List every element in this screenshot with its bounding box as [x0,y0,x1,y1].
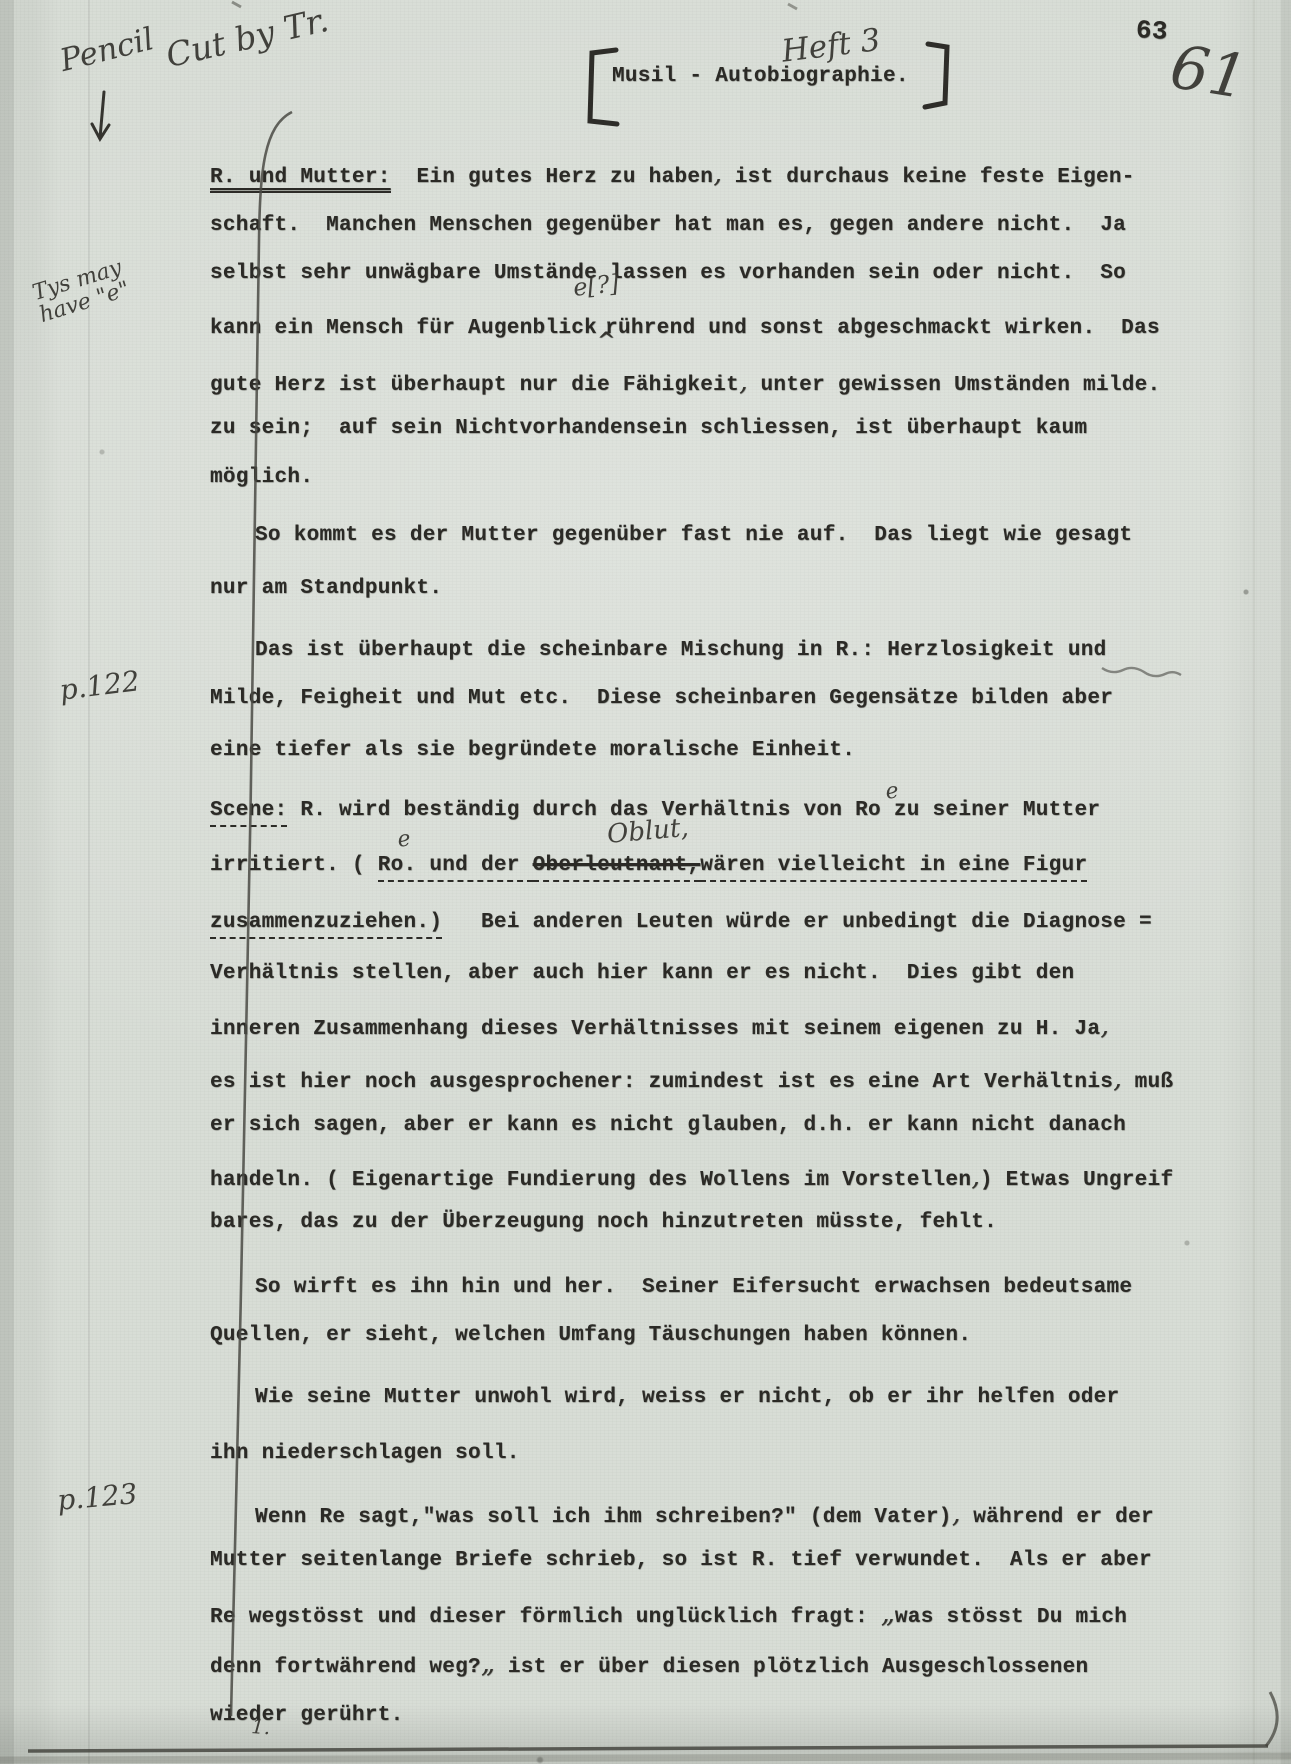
typescript-line: Mutter seitenlange Briefe schrieb, so is… [210,1550,1152,1571]
typescript-line: schaft. Manchen Menschen gegenüber hat m… [210,215,1126,236]
typescript-line: zu sein; auf sein Nichtvorhandensein sch… [210,418,1087,439]
typescript-line: bares, das zu der Überzeugung noch hinzu… [210,1212,997,1233]
typescript-line: denn fortwährend weg?„ ist er über diese… [210,1650,1088,1678]
typescript-line: ihn niederschlagen soll. [210,1443,520,1464]
typescript-line: er sich sagen, aber er kann es nicht gla… [210,1115,1126,1136]
typescript-line: So wirft es ihn hin und her. Seiner Eife… [255,1277,1132,1298]
typescript-line: Wenn Re sagt,"was soll ich ihm schreiben… [255,1500,1154,1528]
down-arrow [92,92,109,139]
typescript-line: Quellen, er sieht, welchen Umfang Täusch… [210,1325,971,1346]
typescript-line: Das ist überhaupt die scheinbare Mischun… [255,640,1107,661]
title-bracket-right [925,44,947,107]
stray-mark: 1. [251,1716,272,1738]
corner-mark [1266,1692,1277,1746]
typescript-line: gute Herz ist überhaupt nur die Fähigkei… [210,368,1160,396]
page-number-hand: 61 [1166,36,1251,110]
typescript-line: nur am Standpunkt. [210,578,442,599]
page-number-typed: 63 [1135,17,1168,45]
typescript-line: So kommt es der Mutter gegenüber fast ni… [255,525,1132,546]
insertion-e-query: e[?] [572,271,620,301]
margin-note-pencil: Pencil [57,23,157,78]
typescript-line: wieder gerührt. [210,1705,404,1726]
typescript-line: inneren Zusammenhang dieses Verhältnisse… [210,1012,1109,1040]
margin-note-p122: p.122 [58,666,141,705]
insertion-oblut: Oblut, [606,815,690,849]
typescript-line: irritiert. ( Ro. und der Oberleutnant,wä… [210,855,1087,876]
typescript-line: zusammenzuziehen.) Bei anderen Leuten wü… [210,912,1152,933]
typescript-line: es ist hier noch ausgesprochener: zumind… [210,1065,1173,1093]
typescript-line: handeln. ( Eigenartige Fundierung des Wo… [210,1163,1173,1191]
squiggle-after-und [1102,668,1181,676]
margin-note-cut-by: Cut by Tr. [163,3,332,74]
typescript-line: eine tiefer als sie begründete moralisch… [210,740,855,761]
paper-crease-right [1253,0,1255,1764]
typescript-line: Wie seine Mutter unwohl wird, weiss er n… [255,1387,1119,1408]
typescript-line: möglich. [210,467,313,488]
margin-note-ts-may-have-e: Tys may have "e" [30,256,132,327]
typescript-line: Verhältnis stellen, aber auch hier kann … [210,963,1074,984]
superscript-e-1: e [884,779,900,804]
typescript-line: kann ein Mensch für Augenblick^rührend u… [210,315,1160,339]
manuscript-page: { "document": { "title": "Musil - Autobi… [0,0,1291,1764]
superscript-e-2: e [396,827,412,852]
scan-bottom-edge [28,1746,1268,1751]
page-title: Musil - Autobiographie. [612,66,909,87]
typescript-line: R. und Mutter: Ein gutes Herz zu haben‚ … [210,160,1135,188]
typescript-line: Re wegstösst und dieser förmlich unglück… [210,1600,1127,1628]
typescript-line: selbst sehr unwägbare Umstände lassen es… [210,263,1126,284]
note-heft-3: Heft 3 [780,24,882,68]
typescript-line: Milde, Feigheit und Mut etc. Diese schei… [210,688,1113,709]
margin-note-p123: p.123 [56,1479,139,1515]
